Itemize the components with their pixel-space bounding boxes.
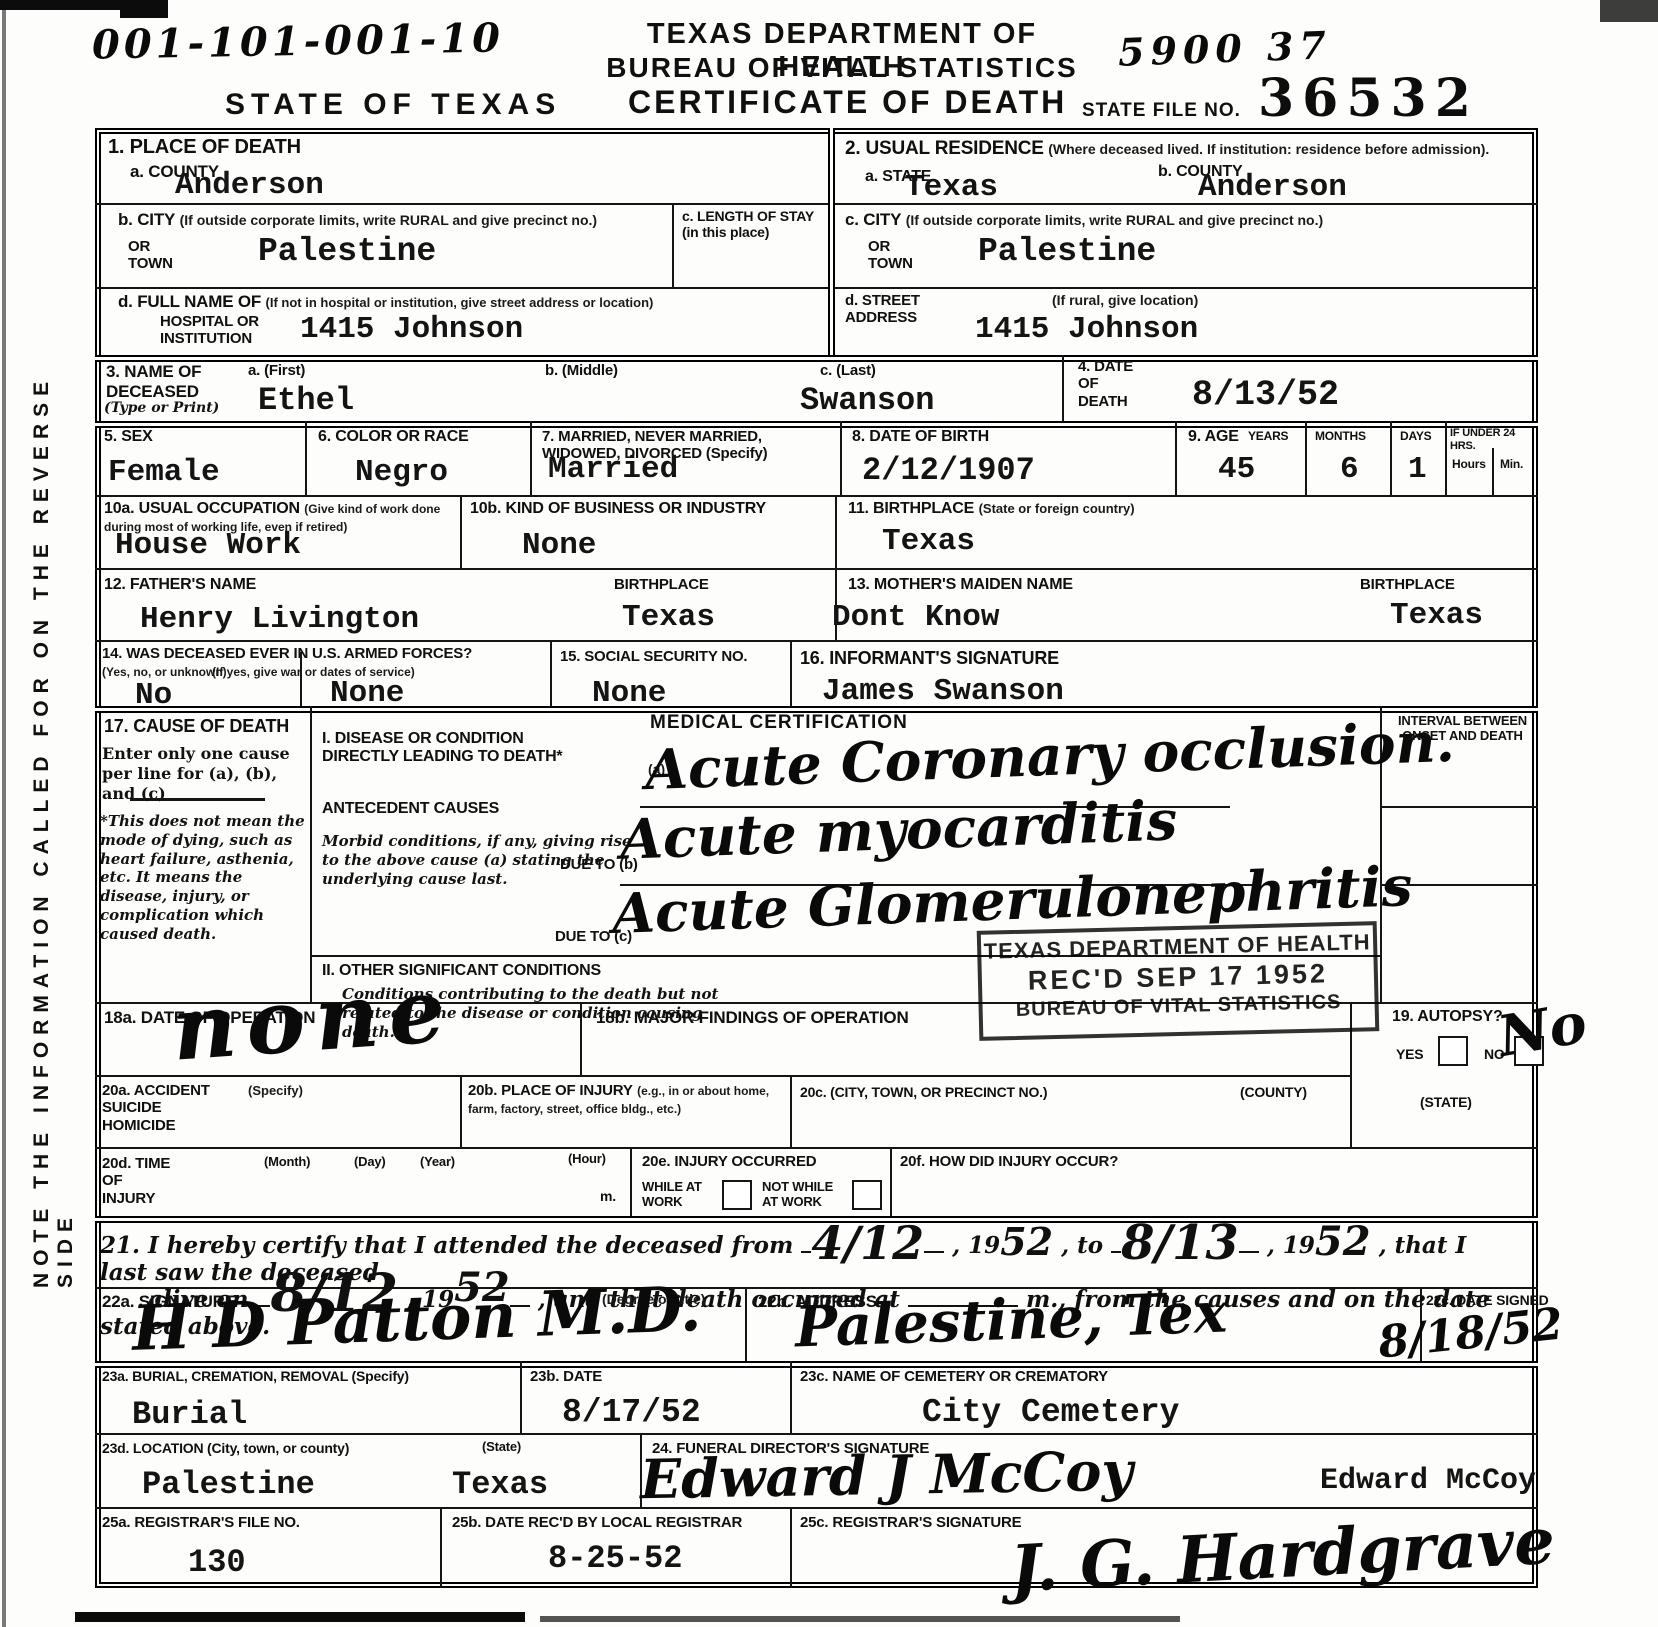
occupation-value: House Work <box>115 528 301 563</box>
hospital-sublabel: HOSPITAL OR INSTITUTION <box>160 313 259 348</box>
state-file-no-label: STATE FILE NO. <box>1082 100 1241 122</box>
scan-artifact <box>2 0 6 1627</box>
divider <box>1062 355 1064 421</box>
age-label: 9. AGE <box>1188 428 1239 446</box>
divider <box>520 1361 522 1433</box>
certify-19b: , 19 <box>1267 1232 1315 1259</box>
cause-instruction-1: Enter only one cause per line for (a), (… <box>102 744 307 804</box>
divider <box>95 495 1538 497</box>
birthplace-label-row: 11. BIRTHPLACE (State or foreign country… <box>848 500 1348 518</box>
residence-title-row: 2. USUAL RESIDENCE (Where deceased lived… <box>845 138 1525 160</box>
antecedent-causes-label: ANTECEDENT CAUSES <box>322 800 499 818</box>
divider <box>130 798 265 801</box>
ssn-label: 15. SOCIAL SECURITY NO. <box>560 648 780 665</box>
divider <box>828 128 835 355</box>
registrar-date-value: 8-25-52 <box>548 1540 682 1577</box>
divider <box>95 287 1538 289</box>
scan-artifact <box>75 1612 525 1622</box>
place-city-label: b. CITY <box>118 210 175 229</box>
occupation-label: 10a. USUAL OCCUPATION <box>104 500 300 517</box>
divider <box>790 1361 792 1433</box>
first-name-label: a. (First) <box>248 362 305 379</box>
place-or-town-label: OR TOWN <box>128 238 173 273</box>
autopsy-label: 19. AUTOPSY? <box>1392 1008 1503 1026</box>
mother-name-label: 13. MOTHER'S MAIDEN NAME <box>848 576 1073 594</box>
time-of-injury-label: 20d. TIME OF INJURY <box>102 1155 170 1207</box>
burial-state-value: Texas <box>452 1466 548 1503</box>
armed-forces-value: No <box>135 678 172 713</box>
place-city-value: Palestine <box>258 233 436 270</box>
injury-city-label: 20c. (CITY, TOWN, OR PRECINCT NO.) <box>800 1084 1047 1100</box>
state-of-texas-title: STATE OF TEXAS <box>225 88 561 123</box>
divider <box>95 355 1538 362</box>
physician-address-handwriting: Palestine, Tex <box>794 1284 1228 1355</box>
street-address-label: d. STREET ADDRESS <box>845 292 920 327</box>
place-of-injury-label: 20b. PLACE OF INJURY <box>468 1082 633 1099</box>
last-name-label: c. (Last) <box>820 362 876 379</box>
death-certificate-scan: NOTE THE INFORMATION CALLED FOR ON THE R… <box>0 0 1658 1627</box>
divider <box>890 1147 892 1216</box>
scan-artifact <box>540 1616 1180 1622</box>
burial-date-label: 23b. DATE <box>530 1368 602 1385</box>
place-city-label-row: b. CITY (If outside corporate limits, wr… <box>118 210 663 230</box>
divider <box>550 640 552 706</box>
certify-to-word: , to <box>1061 1232 1103 1259</box>
residence-city-value: Palestine <box>978 233 1156 270</box>
divider <box>95 421 1538 428</box>
accident-suicide-homicide-label: 20a. ACCIDENT SUICIDE HOMICIDE <box>102 1082 210 1134</box>
date-of-death-value: 8/13/52 <box>1192 375 1339 415</box>
divider <box>95 640 1538 642</box>
registrar-file-label: 25a. REGISTRAR'S FILE NO. <box>102 1514 300 1531</box>
certify-19a: , 19 <box>952 1232 1000 1259</box>
divider <box>790 1075 792 1147</box>
residence-title-note: (Where deceased lived. If institution: r… <box>1048 141 1489 157</box>
handwritten-code: 001-101-001-10 <box>92 18 505 65</box>
birthplace-note: (State or foreign country) <box>979 501 1135 516</box>
divider <box>95 568 1538 570</box>
divider <box>840 421 842 495</box>
sex-label: 5. SEX <box>104 428 153 446</box>
registrar-signature-label: 25c. REGISTRAR'S SIGNATURE <box>800 1514 1021 1531</box>
marital-status-value: Married <box>548 452 678 487</box>
injury-occurred-label: 20e. INJURY OCCURRED <box>642 1153 816 1170</box>
autopsy-yes-checkbox <box>1438 1036 1468 1066</box>
certify-from-date-handwriting: 4/12 <box>811 1216 924 1270</box>
business-label: 10b. KIND OF BUSINESS OR INDUSTRY <box>470 500 766 518</box>
major-findings-label: 18b. MAJOR FINDINGS OF OPERATION <box>596 1008 909 1028</box>
while-at-work-checkbox <box>722 1180 752 1210</box>
date-of-death-label: 4. DATE OF DEATH <box>1078 358 1133 410</box>
under-24-label: IF UNDER 24 HRS. <box>1450 427 1536 452</box>
autopsy-yes-label: YES <box>1396 1046 1423 1062</box>
place-of-death-title: 1. PLACE OF DEATH <box>108 136 301 159</box>
divider <box>1305 421 1307 495</box>
cause-instruction-2: *This does not mean the mode of dying, s… <box>100 812 310 943</box>
race-value: Negro <box>355 455 448 490</box>
residence-state-value: Texas <box>905 170 998 205</box>
divider <box>790 640 792 706</box>
first-name-value: Ethel <box>258 382 354 419</box>
mother-birthplace-value: Texas <box>1390 598 1483 633</box>
age-days-value: 1 <box>1408 452 1427 487</box>
burial-type-label: 23a. BURIAL, CREMATION, REMOVAL (Specify… <box>102 1368 512 1384</box>
hospital-label: d. FULL NAME OF <box>118 292 261 311</box>
hour-label: (Hour) <box>568 1152 606 1167</box>
age-days-label: DAYS <box>1400 430 1431 444</box>
street-address-note: (If rural, give location) <box>1052 293 1198 308</box>
hours-label: Hours <box>1452 458 1486 472</box>
middle-name-label: b. (Middle) <box>545 362 618 379</box>
certificate-title: CERTIFICATE OF DEATH <box>628 84 1067 121</box>
scan-artifact <box>120 0 168 18</box>
registrar-file-value: 130 <box>188 1544 246 1581</box>
residence-city-label-row: c. CITY (If outside corporate limits, wr… <box>845 210 1525 230</box>
divider <box>95 1361 1538 1368</box>
divider <box>305 421 307 495</box>
informant-label: 16. INFORMANT'S SIGNATURE <box>800 648 1059 669</box>
while-at-work-label: WHILE AT WORK <box>642 1180 702 1210</box>
disease-condition-label: I. DISEASE OR CONDITION DIRECTLY LEADING… <box>322 730 662 767</box>
place-city-note: (If outside corporate limits, write RURA… <box>180 212 597 228</box>
mother-birthplace-label: BIRTHPLACE <box>1360 576 1455 593</box>
certify-from-year-handwriting: 52 <box>1000 1219 1053 1264</box>
margin-note: NOTE THE INFORMATION CALLED FOR ON THE R… <box>30 348 78 1288</box>
registrar-date-label: 25b. DATE REC'D BY LOCAL REGISTRAR <box>452 1514 742 1531</box>
divider <box>95 1075 1350 1077</box>
burial-location-value: Palestine <box>142 1466 315 1503</box>
scan-artifact <box>1600 0 1658 22</box>
residence-title: 2. USUAL RESIDENCE <box>845 138 1044 159</box>
certify-to-date-handwriting: 8/13 <box>1121 1215 1239 1271</box>
residence-city-note: (If outside corporate limits, write RURA… <box>906 212 1323 228</box>
cemetery-label: 23c. NAME OF CEMETERY OR CREMATORY <box>800 1368 1108 1385</box>
burial-date-value: 8/17/52 <box>562 1394 701 1431</box>
divider <box>672 203 674 287</box>
birthplace-label: 11. BIRTHPLACE <box>848 500 974 517</box>
funeral-director-typed-name: Edward McCoy <box>1320 1464 1536 1498</box>
how-injury-occurred-label: 20f. HOW DID INJURY OCCUR? <box>900 1153 1118 1170</box>
armed-forces-detail-value: None <box>330 676 404 711</box>
burial-location-label: 23d. LOCATION (City, town, or county) <box>102 1440 349 1456</box>
autopsy-state-label: (STATE) <box>1420 1094 1472 1110</box>
residence-or-town-label: OR TOWN <box>868 238 913 273</box>
informant-value: James Swanson <box>822 674 1064 709</box>
divider <box>95 1433 1538 1435</box>
divider <box>1390 421 1392 495</box>
received-stamp: TEXAS DEPARTMENT OF HEALTH REC'D SEP 17 … <box>977 921 1380 1041</box>
burial-type-value: Burial <box>132 1396 247 1433</box>
accident-specify-note: (Specify) <box>248 1084 303 1098</box>
last-name-value: Swanson <box>800 382 934 419</box>
divider <box>460 1075 462 1147</box>
residence-county-value: Anderson <box>1198 170 1347 205</box>
physician-signature-handwriting: H D Patton M.D. <box>131 1278 702 1360</box>
divider <box>440 1507 442 1588</box>
armed-forces-label: 14. WAS DECEASED EVER IN U.S. ARMED FORC… <box>102 645 542 662</box>
injury-county-label: (COUNTY) <box>1240 1084 1307 1100</box>
divider <box>835 495 837 568</box>
name-of-deceased-label: 3. NAME OF DECEASED <box>106 362 201 401</box>
hospital-value: 1415 Johnson <box>300 312 523 347</box>
age-months-label: MONTHS <box>1315 430 1366 444</box>
ssn-value: None <box>592 676 666 711</box>
divider <box>790 1507 792 1588</box>
place-of-injury-label-row: 20b. PLACE OF INJURY (e.g., in or about … <box>468 1082 778 1118</box>
place-county-value: Anderson <box>175 168 324 203</box>
writing-line <box>1380 806 1538 808</box>
divider <box>1492 448 1494 495</box>
date-of-birth-value: 2/12/1907 <box>862 452 1035 489</box>
mother-name-value: Dont Know <box>832 600 999 635</box>
handwritten-batch-number: 5900 37 <box>1117 26 1332 71</box>
street-address-value: 1415 Johnson <box>975 312 1198 347</box>
not-while-at-work-label: NOT WHILE AT WORK <box>762 1180 833 1210</box>
divider <box>530 421 532 495</box>
state-file-number: 36532 <box>1258 68 1479 129</box>
age-years-label: YEARS <box>1248 430 1288 444</box>
funeral-director-signature-handwriting: Edward J McCoy <box>640 1444 1134 1507</box>
interval-label: INTERVAL BETWEEN ONSET AND DEATH <box>1390 714 1535 744</box>
cause-of-death-title: 17. CAUSE OF DEATH <box>104 716 314 737</box>
age-years-value: 45 <box>1218 452 1255 487</box>
not-while-at-work-checkbox <box>852 1180 882 1210</box>
divider <box>95 1147 1538 1149</box>
age-months-value: 6 <box>1340 452 1359 487</box>
divider <box>1445 421 1447 495</box>
length-of-stay-label: c. LENGTH OF STAY (in this place) <box>682 208 824 240</box>
dept-title-line2: BUREAU OF VITAL STATISTICS <box>592 52 1092 84</box>
autopsy-no-handwriting: No <box>1494 995 1591 1066</box>
father-birthplace-value: Texas <box>622 600 715 635</box>
type-or-print-note: (Type or Print) <box>104 400 219 418</box>
certify-lead: 21. I hereby certify that I attended the… <box>100 1232 793 1259</box>
divider <box>630 1147 632 1216</box>
father-birthplace-label: BIRTHPLACE <box>614 576 709 593</box>
father-name-value: Henry Livington <box>140 602 419 637</box>
day-label: (Day) <box>354 1155 386 1170</box>
month-label: (Month) <box>264 1155 310 1170</box>
race-label: 6. COLOR OR RACE <box>318 428 469 446</box>
divider <box>460 495 462 568</box>
divider <box>310 706 312 1002</box>
business-value: None <box>522 528 596 563</box>
year-label: (Year) <box>420 1155 455 1170</box>
date-of-birth-label: 8. DATE OF BIRTH <box>852 428 989 446</box>
meridiem-label: m. <box>600 1188 616 1204</box>
cemetery-value: City Cemetery <box>922 1394 1179 1431</box>
operation-none-handwriting: none <box>169 965 457 1073</box>
residence-city-label: c. CITY <box>845 210 901 229</box>
hospital-note: (If not in hospital or institution, give… <box>266 295 654 310</box>
sex-value: Female <box>108 455 220 490</box>
father-name-label: 12. FATHER'S NAME <box>104 576 256 594</box>
burial-state-label: (State) <box>482 1440 521 1455</box>
certify-to-year-handwriting: 52 <box>1315 1218 1371 1265</box>
hospital-label-row: d. FULL NAME OF (If not in hospital or i… <box>118 292 818 312</box>
divider <box>1175 421 1177 495</box>
minutes-label: Min. <box>1500 458 1523 472</box>
birthplace-value: Texas <box>882 524 975 559</box>
